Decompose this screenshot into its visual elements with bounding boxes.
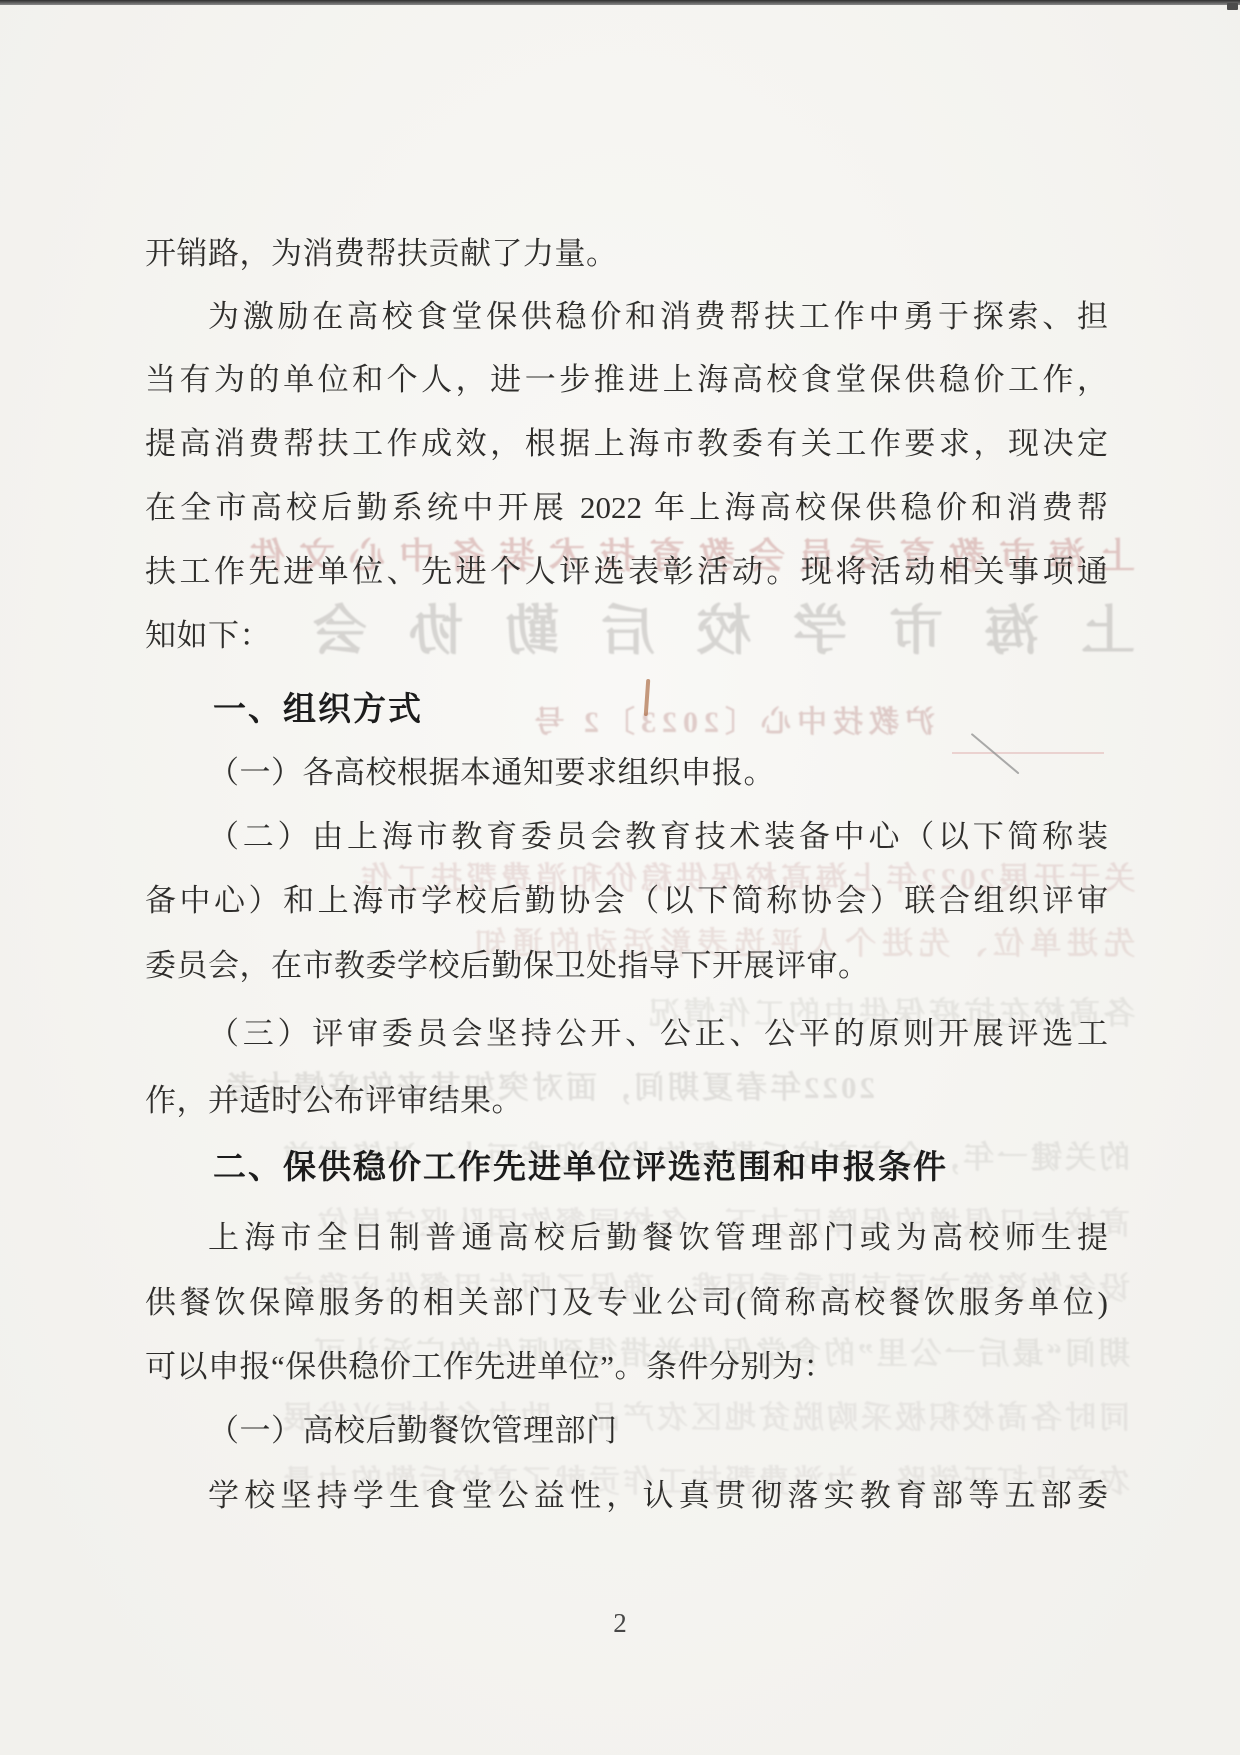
doc-line: 学校坚持学生食堂公益性，认真贯彻落实教育部等五部委 xyxy=(208,1476,1108,1516)
doc-line: （二）由上海市教育委员会教育技术装备中心（以下简称装 xyxy=(208,817,1108,857)
doc-line: 提高消费帮扶工作成效，根据上海市教委有关工作要求，现决定 xyxy=(145,424,1108,464)
doc-line: 备中心）和上海市学校后勤协会（以下简称协会）联合组织评审 xyxy=(145,881,1108,921)
scan-artifact xyxy=(1227,3,1238,10)
doc-line: 开销路，为消费帮扶贡献了力量。 xyxy=(145,234,618,274)
doc-line: 当有为的单位和个人，进一步推进上海高校食堂保供稳价工作， xyxy=(145,360,1108,400)
doc-line: 委员会，在市教委学校后勤保卫处指导下开展评审。 xyxy=(145,946,870,986)
doc-line: 知如下： xyxy=(145,616,271,656)
doc-line: 上海市全日制普通高校后勤餐饮管理部门或为高校师生提 xyxy=(208,1218,1108,1258)
section-heading-criteria: 二、保供稳价工作先进单位评选范围和申报条件 xyxy=(213,1146,948,1188)
bleedthrough-text: 上海市学校后勤协会 xyxy=(195,588,1135,665)
section-heading-organization: 一、组织方式 xyxy=(213,688,423,730)
doc-line: 在全市高校后勤系统中开展 2022 年上海高校保供稳价和消费帮 xyxy=(145,488,1108,528)
doc-line: （三）评审委员会坚持公开、公正、公平的原则开展评选工 xyxy=(208,1014,1108,1054)
doc-line: 为激励在高校食堂保供稳价和消费帮扶工作中勇于探索、担 xyxy=(208,297,1108,337)
scanned-document-page: 上海市教育委员会教育技术装备中心文件 上海市学校后勤协会 沪教技中心〔2023〕… xyxy=(0,0,1240,1755)
doc-line: 可以申报“保供稳价工作先进单位”。条件分别为： xyxy=(145,1347,835,1387)
doc-line: 作，并适时公布评审结果。 xyxy=(145,1081,523,1121)
doc-line: （一）高校后勤餐饮管理部门 xyxy=(208,1411,618,1451)
scan-artifact-pink-line xyxy=(952,752,1104,754)
scan-edge xyxy=(0,0,1240,5)
doc-line: 供餐饮保障服务的相关部门及专业公司(简称高校餐饮服务单位) xyxy=(145,1283,1108,1323)
page-number: 2 xyxy=(0,1608,1240,1639)
doc-line: （一）各高校根据本通知要求组织申报。 xyxy=(208,753,775,793)
bleedthrough-text: 沪教技中心〔2023〕2 号 xyxy=(430,697,935,741)
doc-line: 扶工作先进单位、先进个人评选表彰活动。现将活动相关事项通 xyxy=(145,552,1108,592)
